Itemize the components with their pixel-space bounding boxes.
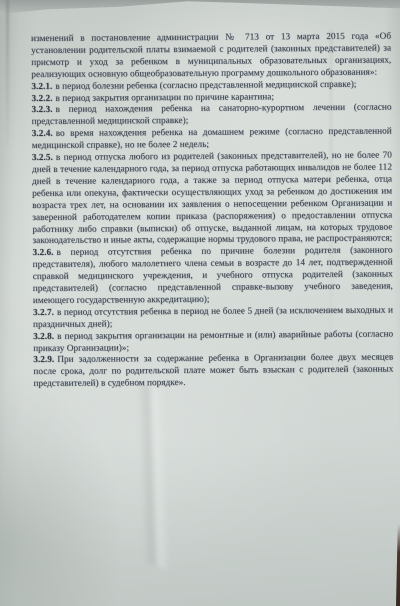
paper-crease (67, 376, 234, 575)
document-text-block: изменений в постановление администрации … (31, 30, 393, 390)
clause-text: в период закрытия организации по причине… (55, 91, 274, 103)
paper-crease (6, 0, 9, 150)
clause-text: в период нахождения ребенка на санаторно… (32, 102, 392, 126)
document-photo: изменений в постановление администрации … (0, 0, 400, 606)
intro-paragraph: изменений в постановление администрации … (31, 30, 391, 80)
clause-text: При задолженности за содержание ребенка … (33, 352, 393, 388)
clause-text: в период отпуска любого из родителей (за… (32, 150, 392, 246)
clause-text: в период болезни ребенка (согласно предс… (55, 78, 356, 90)
clause-text: во время нахождения ребенка на домашнем … (32, 126, 392, 150)
clause-number: 3.2.3. (31, 104, 52, 114)
clause-paragraph: 3.2.9.При задолженности за содержание ре… (33, 352, 393, 390)
clause-number: 3.2.6. (32, 247, 53, 257)
clause-number: 3.2.5. (32, 152, 53, 162)
clause-number: 3.2.4. (32, 128, 53, 138)
clause-paragraph: 3.2.3.в период нахождения ребенка на сан… (31, 102, 391, 128)
clause-number: 3.2.8. (33, 331, 54, 341)
clause-number: 3.2.9. (33, 354, 54, 364)
clause-text: в период отсутствия ребенка по причине б… (33, 245, 393, 305)
page-top-edge-shadow (0, 0, 400, 16)
clause-text: в период закрытия организации на ремонтн… (33, 328, 393, 352)
clause-paragraph: 3.2.5.в период отпуска любого из родител… (32, 150, 393, 248)
clause-number: 3.2.2. (31, 92, 52, 102)
clause-paragraph: 3.2.4.во время нахождения ребенка на дом… (32, 126, 392, 152)
clause-number: 3.2.7. (33, 307, 54, 317)
background-corner (396, 524, 400, 606)
clause-number: 3.2.1. (31, 80, 52, 90)
clause-text: в период отсутствия ребенка в период не … (33, 304, 393, 328)
clause-paragraph: 3.2.7.в период отсутствия ребенка в пери… (33, 304, 393, 330)
clause-paragraph: 3.2.8.в период закрытия организации на р… (33, 328, 393, 354)
clause-paragraph: 3.2.6.в период отсутствия ребенка по при… (32, 245, 392, 307)
